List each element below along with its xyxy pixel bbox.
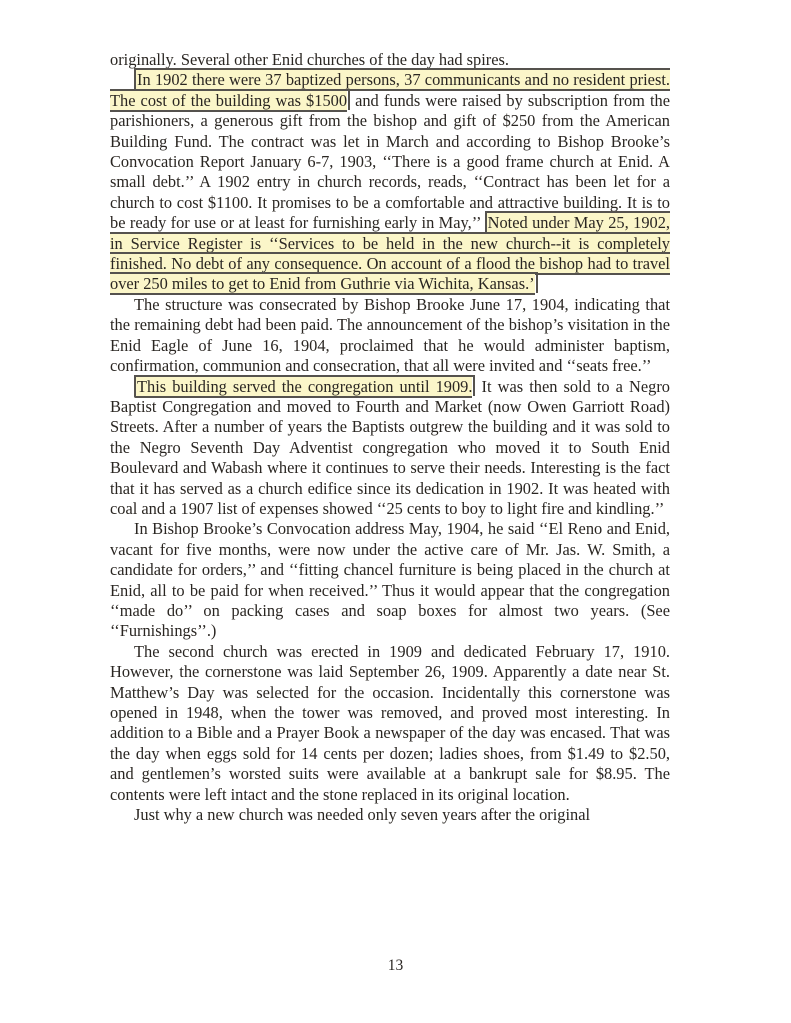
paragraph-text: In Bishop Brooke’s Convocation address M…	[110, 519, 670, 640]
page-number: 13	[0, 957, 791, 975]
paragraph-second-church: The second church was erected in 1909 an…	[110, 642, 670, 805]
paragraph-text: Just why a new church was needed only se…	[134, 805, 590, 824]
ink-bracket-close	[535, 272, 538, 293]
paragraph-1902-building: In 1902 there were 37 baptized persons, …	[110, 70, 670, 294]
paragraph-convocation-1904: In Bishop Brooke’s Convocation address M…	[110, 519, 670, 641]
paragraph-text: The structure was consecrated by Bishop …	[110, 295, 670, 375]
paragraph-text: originally. Several other Enid churches …	[110, 50, 509, 69]
paragraph-consecration: The structure was consecrated by Bishop …	[110, 295, 670, 377]
paragraph-text: The second church was erected in 1909 an…	[110, 642, 670, 804]
highlighted-passage-until-1909: This building served the congregation un…	[134, 375, 472, 398]
paragraph-building-history: This building served the congregation un…	[110, 377, 670, 520]
document-page: originally. Several other Enid churches …	[110, 50, 670, 825]
paragraph-new-church-question: Just why a new church was needed only se…	[110, 805, 670, 825]
paragraph-continuation: originally. Several other Enid churches …	[110, 50, 670, 70]
paragraph-text: It was then sold to a Negro Baptist Cong…	[110, 377, 670, 518]
